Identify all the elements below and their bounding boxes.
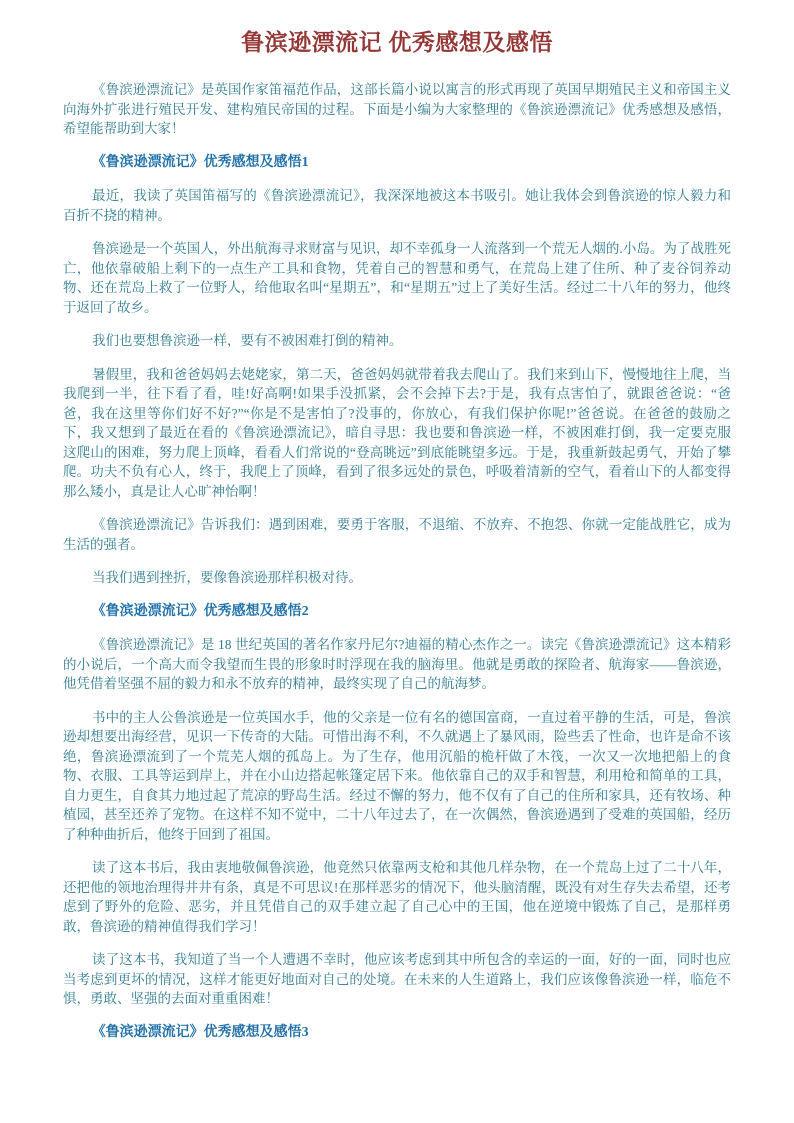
body-paragraph: 暑假里，我和爸爸妈妈去姥姥家，第二天，爸爸妈妈就带着我去爬山了。我们来到山下，慢… bbox=[63, 365, 731, 502]
body-paragraph: 读了这本书，我知道了当一个人遭遇不幸时，他应该考虑到其中所包含的幸运的一面，好的… bbox=[63, 950, 731, 1009]
body-paragraph: 《鲁滨逊漂流记》告诉我们：遇到困难，要勇于客服，不退缩、不放弃、不抱怨、你就一定… bbox=[63, 515, 731, 554]
document-page: 鲁滨逊漂流记 优秀感想及感悟 《鲁滨逊漂流记》是英国作家笛福范作品，这部长篇小说… bbox=[0, 0, 794, 1123]
body-paragraph: 书中的主人公鲁滨逊是一位英国水手，他的父亲是一位有名的德国富商，一直过着平静的生… bbox=[63, 708, 731, 845]
section-heading: 《鲁滨逊漂流记》优秀感想及感悟2 bbox=[63, 602, 731, 622]
document-title: 鲁滨逊漂流记 优秀感想及感悟 bbox=[63, 28, 731, 58]
body-paragraph: 《鲁滨逊漂流记》是英国作家笛福范作品，这部长篇小说以寓言的形式再现了英国早期殖民… bbox=[63, 80, 731, 139]
body-paragraph: 《鲁滨逊漂流记》是 18 世纪英国的著名作家丹尼尔?迪福的精心杰作之一。读完《鲁… bbox=[63, 635, 731, 694]
section-heading: 《鲁滨逊漂流记》优秀感想及感悟3 bbox=[63, 1023, 731, 1043]
body-paragraph: 当我们遇到挫折，要像鲁滨逊那样积极对待。 bbox=[63, 568, 731, 588]
body-paragraph: 最近，我读了英国笛福写的《鲁滨逊漂流记》，我深深地被这本书吸引。她让我体会到鲁滨… bbox=[63, 186, 731, 225]
body-paragraph: 鲁滨逊是一个英国人，外出航海寻求财富与见识，却不幸孤身一人流落到一个荒无人烟的.… bbox=[63, 239, 731, 317]
section-heading: 《鲁滨逊漂流记》优秀感想及感悟1 bbox=[63, 153, 731, 173]
body-paragraph: 我们也要想鲁滨逊一样，要有不被困难打倒的精神。 bbox=[63, 331, 731, 351]
document-content: 《鲁滨逊漂流记》是英国作家笛福范作品，这部长篇小说以寓言的形式再现了英国早期殖民… bbox=[63, 80, 731, 1042]
body-paragraph: 读了这本书后，我由衷地敬佩鲁滨逊，他竟然只依靠两支枪和其他几样杂物，在一个荒岛上… bbox=[63, 858, 731, 936]
